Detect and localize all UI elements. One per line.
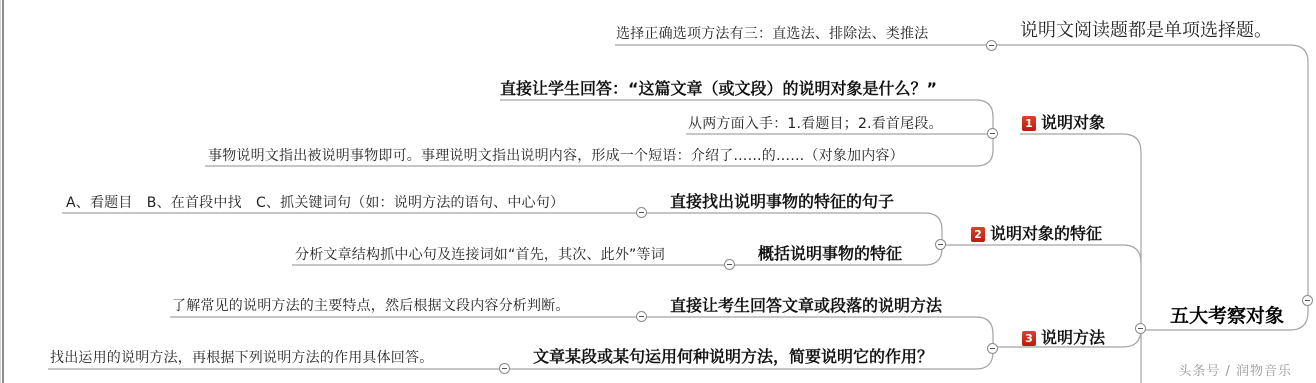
collapse-toggle-top-note[interactable]	[986, 40, 997, 51]
collapse-toggle-branch-1[interactable]	[987, 128, 998, 139]
branch-3[interactable]: 3 说明方法	[1022, 330, 1105, 346]
branch-1-child-2[interactable]: 从两方面入手：1.看题目；2.看首尾段。	[688, 117, 943, 131]
priority-2-icon: 2	[971, 227, 985, 242]
collapse-toggle-root[interactable]	[1135, 323, 1146, 334]
branch-2-label: 说明对象的特征	[990, 226, 1102, 242]
priority-3-icon: 3	[1022, 331, 1036, 346]
branch-2-child-1[interactable]: 直接找出说明事物的特征的句子	[670, 194, 894, 210]
collapse-toggle-branch-2[interactable]	[935, 239, 946, 250]
collapse-toggle-branch-2-child-1[interactable]	[636, 207, 647, 218]
top-note[interactable]: 说明文阅读题都是单项选择题。	[1020, 22, 1272, 40]
branch-3-label: 说明方法	[1041, 330, 1105, 346]
branch-2-child-1-detail[interactable]: A、看题目 B、在首段中找 C、抓关键词句（如：说明方法的语句、中心句）	[66, 196, 564, 210]
branch-1-label: 说明对象	[1041, 115, 1105, 131]
collapse-toggle-branch-2-child-2[interactable]	[724, 259, 735, 270]
branch-3-child-1-detail[interactable]: 了解常见的说明方法的主要特点，然后根据文段内容分析判断。	[172, 299, 570, 313]
branch-1[interactable]: 1 说明对象	[1022, 115, 1105, 131]
collapse-toggle-branch-3-child-1[interactable]	[636, 311, 647, 322]
top-note-child[interactable]: 选择正确选项方法有三：直选法、排除法、类推法	[616, 27, 928, 41]
collapse-toggle-root-right[interactable]	[1302, 295, 1313, 306]
connector-lines	[0, 0, 1316, 383]
branch-3-child-1[interactable]: 直接让考生回答文章或段落的说明方法	[670, 298, 942, 314]
watermark: 头条号 / 润物音乐	[1178, 360, 1292, 379]
branch-1-child-1[interactable]: 直接让学生回答：“这篇文章（或文段）的说明对象是什么？”	[500, 81, 937, 97]
collapse-toggle-branch-3-child-2[interactable]	[499, 363, 510, 374]
collapse-toggle-branch-3[interactable]	[987, 343, 998, 354]
branch-3-child-2-detail[interactable]: 找出运用的说明方法，再根据下列说明方法的作用具体回答。	[50, 351, 433, 365]
branch-2-child-2[interactable]: 概括说明事物的特征	[758, 246, 902, 262]
priority-1-icon: 1	[1022, 116, 1036, 131]
branch-2[interactable]: 2 说明对象的特征	[971, 226, 1102, 242]
branch-1-child-3[interactable]: 事物说明文指出被说明事物即可。事理说明文指出说明内容，形成一个短语：介绍了……的…	[208, 149, 904, 163]
root-node[interactable]: 五大考察对象	[1170, 307, 1284, 326]
branch-2-child-2-detail[interactable]: 分析文章结构抓中心句及连接词如“首先，其次、此外”等词	[295, 248, 665, 262]
branch-3-child-2[interactable]: 文章某段或某句运用何种说明方法，简要说明它的作用？	[533, 349, 933, 365]
